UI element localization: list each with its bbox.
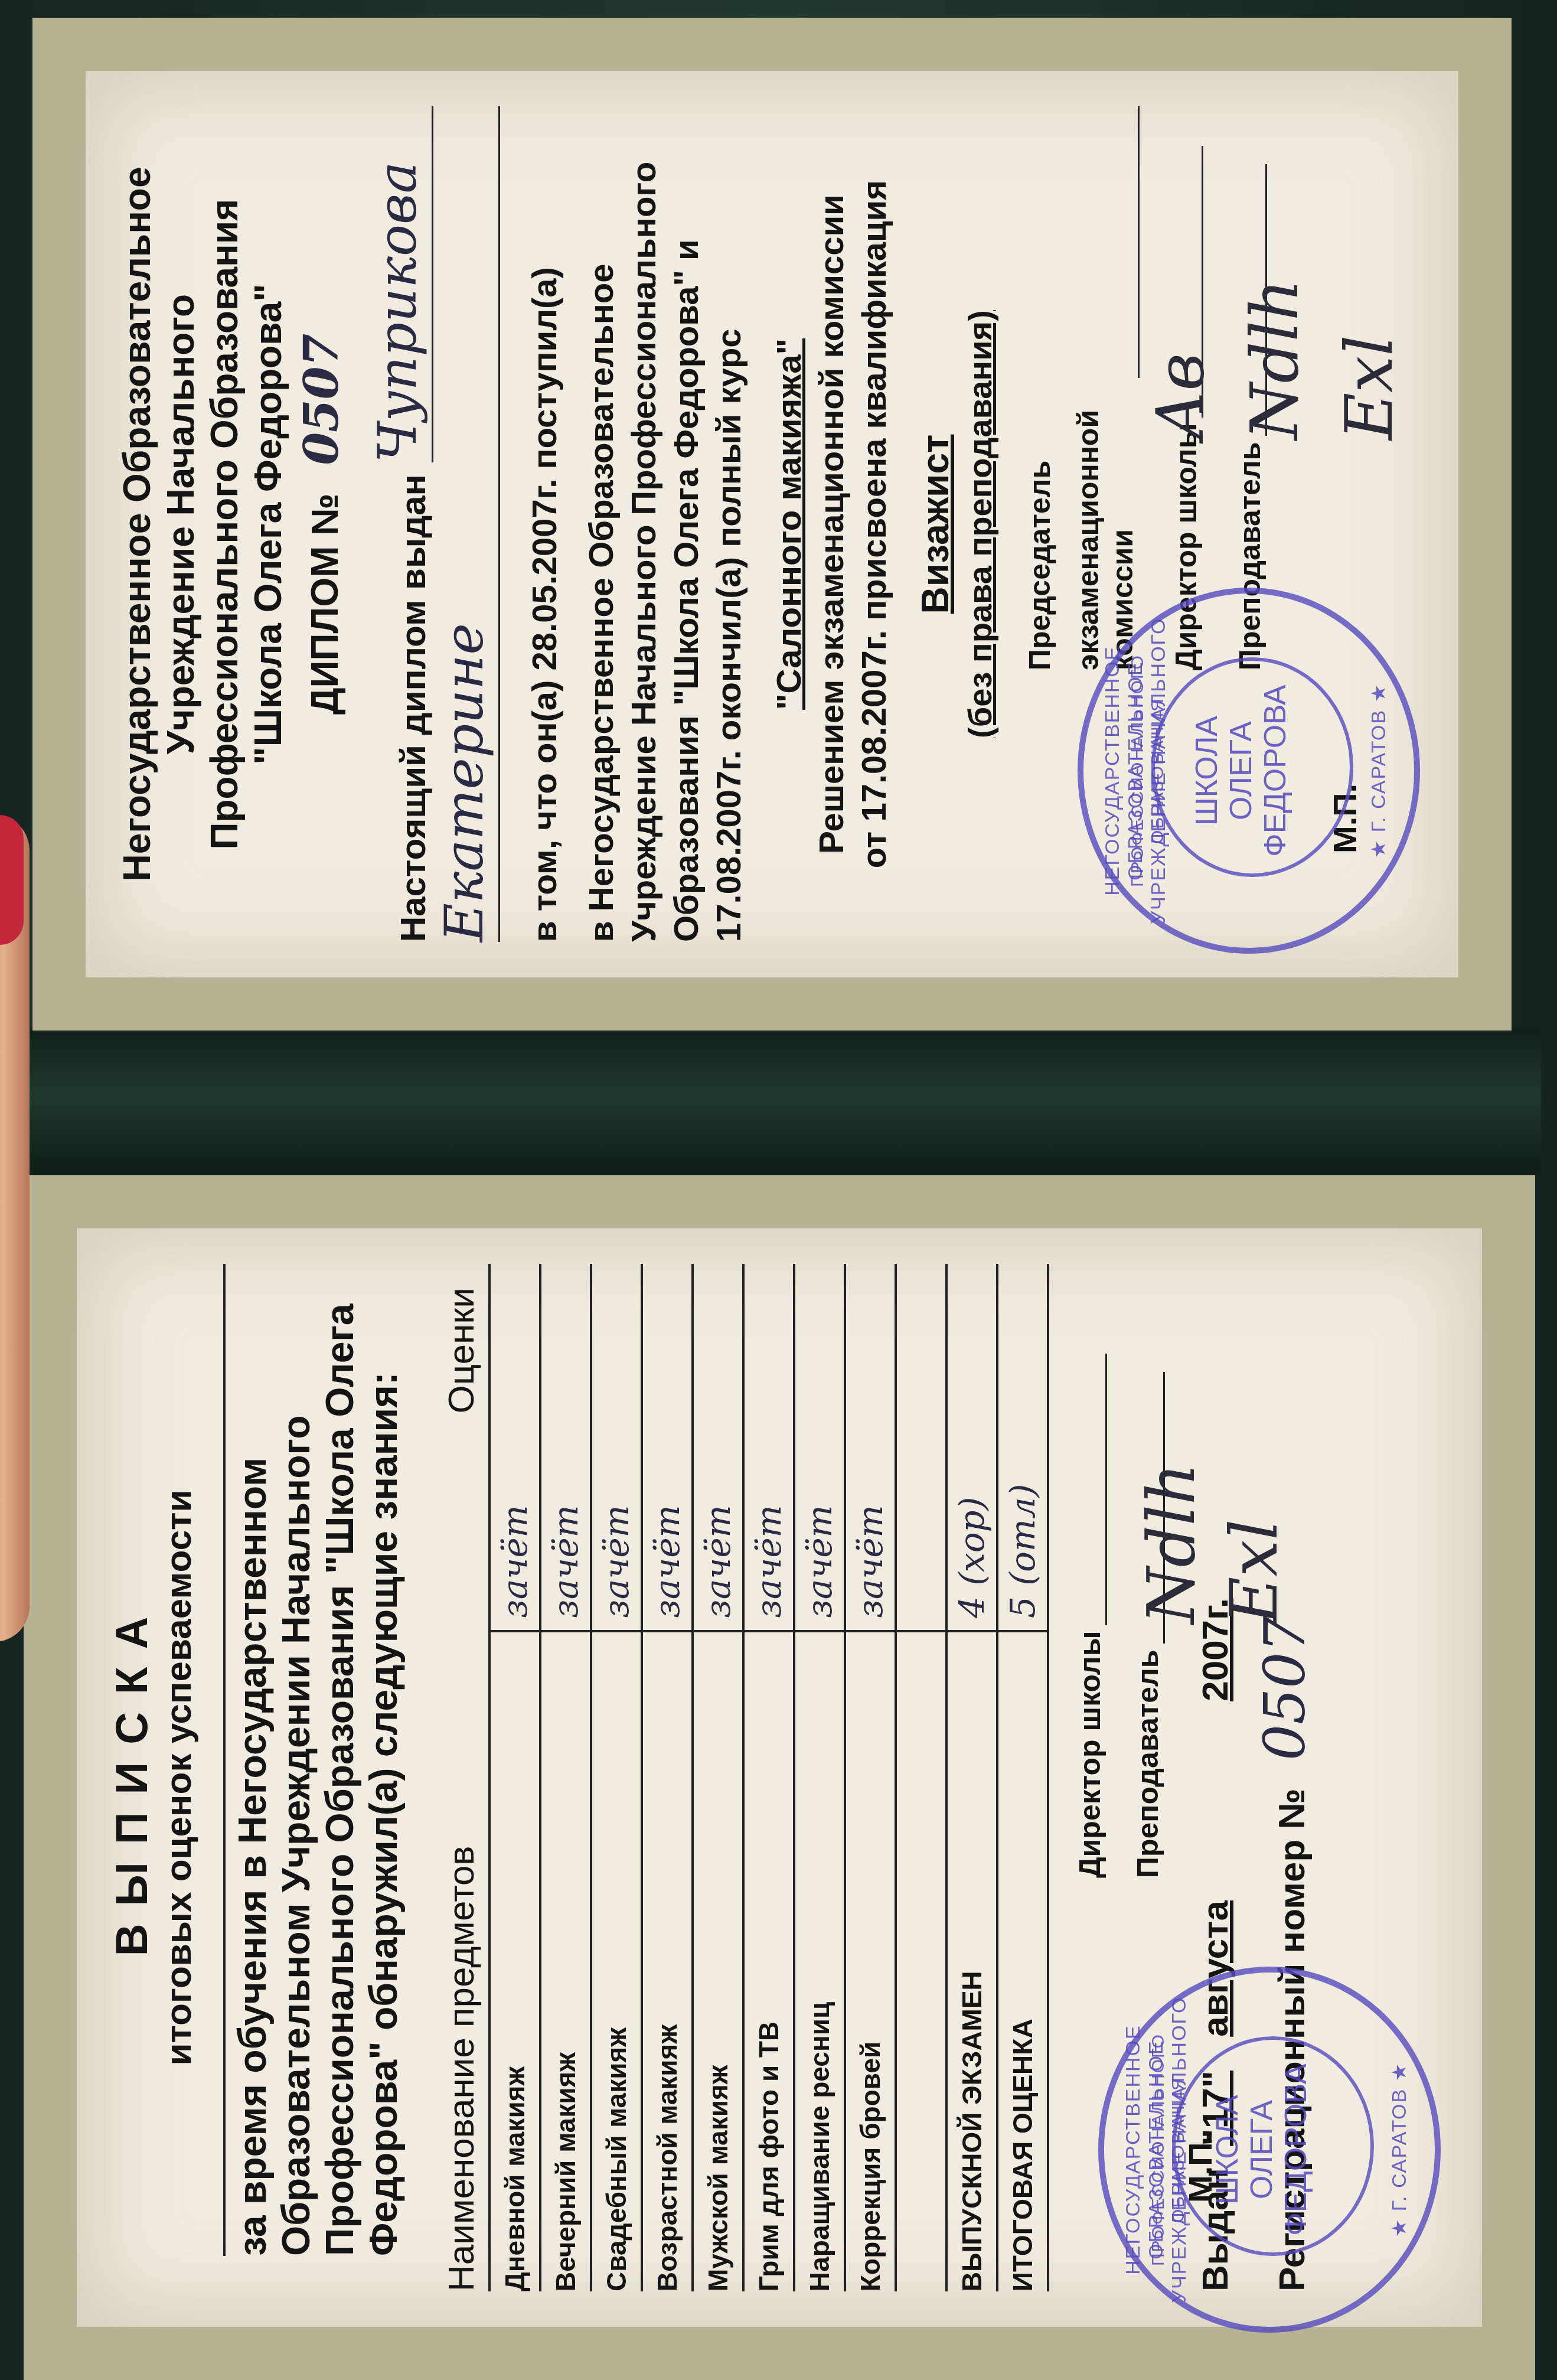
grade-value: зачёт [596, 1505, 636, 1618]
subject-cell: Дневной макияж [489, 1631, 540, 2291]
grade-cell: зачёт [794, 1264, 845, 1631]
grade-value: зачёт [546, 1505, 586, 1618]
transcript-title: ВЫПИСКА [106, 1264, 158, 2291]
grades-row: Коррекция бровейзачёт [845, 1264, 896, 2291]
grade-cell: зачёт [591, 1264, 642, 1631]
stamp-center-line: ШКОЛА [1210, 2061, 1245, 2238]
signature-line [1076, 1354, 1107, 1625]
teacher-signature: Exl [1331, 335, 1407, 440]
director-label: Директор школы [1073, 1631, 1107, 1878]
grade-column-header: Оценки [435, 1264, 489, 1631]
transcript-body: за время обучения в Негосударственном Об… [223, 1264, 405, 2256]
diploma-number: 0507 [293, 334, 349, 465]
stamp-center: ШКОЛА ОЛЕГА ФЕДОРОВА [1210, 2061, 1313, 2238]
grade-value: зачёт [749, 1505, 789, 1618]
body-line: 17.08.2007г. окончил(а) полный курс [708, 106, 750, 942]
subject-cell: ИТОГОВАЯ ОЦЕНКА [997, 1631, 1048, 2291]
body-line: Учреждение Начального Профессионального [623, 106, 665, 942]
transcript-director-row: Директор школы [1073, 1264, 1107, 1878]
subject-cell: Возрастной макияж [642, 1631, 693, 2291]
grade-cell: зачёт [540, 1264, 591, 1631]
grades-row: Мужской макияжзачёт [693, 1264, 743, 2291]
subject-cell: Вечерний макияж [540, 1631, 591, 2291]
grade-cell: зачёт [743, 1264, 794, 1631]
grades-row: Вечерний макияжзачёт [540, 1264, 591, 2291]
grade-cell: зачёт [693, 1264, 743, 1631]
subject-cell: Грим для фото и ТВ [743, 1631, 794, 2291]
grade-cell: зачёт [845, 1264, 896, 1631]
decision-text: Решением экзаменационной комиссии [811, 106, 853, 942]
diploma-page: Негосударственное Образовательное Учрежд… [32, 18, 1512, 1031]
stamp-center-line: ФЕДОРОВА [1258, 682, 1292, 859]
stamp-center-line: ОЛЕГА [1224, 682, 1258, 859]
grade-value: зачёт [698, 1505, 738, 1618]
diploma-body: в том, что он(а) 28.05.2007г. поступил(а… [524, 106, 896, 942]
grades-header-row: Наименование предметов Оценки [435, 1264, 489, 2291]
chair-label: Председатель [1023, 461, 1057, 670]
grade-value: зачёт [850, 1505, 890, 1618]
teacher-label: Преподаватель [1131, 1649, 1165, 1878]
school-stamp: НЕГОСУДАРСТВЕННОЕ ОБРАЗОВАТЕЛЬНОЕ УЧРЕЖД… [1078, 588, 1420, 954]
grades-row: Свадебный макияжзачёт [591, 1264, 642, 2291]
director-signature: Ndlh [1237, 279, 1313, 440]
qualification: Визажист [913, 106, 957, 942]
grades-row: Грим для фото и ТВзачёт [743, 1264, 794, 2291]
diploma-label: ДИПЛОМ № [303, 493, 346, 715]
body-line: Образования "Школа Олега Федорова" и [665, 106, 708, 942]
decision-date: от 17.08.2007г. присвоена квалификация [853, 106, 896, 942]
body-line: в том, что он(а) 28.05.2007г. поступил(а… [524, 106, 566, 942]
chair-signature-row-2: экзаменационной комиссии [1071, 106, 1140, 670]
transcript-subtitle: итоговых оценок успеваемости [158, 1264, 200, 2291]
body-line: в Негосударственное Образовательное [580, 106, 623, 942]
grades-row: ИТОГОВАЯ ОЦЕНКА5 (отл) [997, 1264, 1048, 2291]
recipient-surname: Чуприкова [367, 106, 433, 462]
diploma-number-row: ДИПЛОМ № 0507 [293, 106, 349, 942]
org-line: Учреждение Начального [159, 106, 203, 942]
org-line: Профессионального Образования [203, 106, 246, 942]
org-line: "Школа Олега Федорова" [246, 106, 290, 942]
subject-column-header: Наименование предметов [435, 1631, 489, 2291]
issued-to-label: Настоящий диплом выдан [393, 474, 433, 942]
stamp-center-line: ШКОЛА [1190, 682, 1224, 859]
chair-signature: Ав [1143, 353, 1218, 440]
subject-cell: Мужской макияж [693, 1631, 743, 2291]
stamp-ring-bottom: ★ Г. САРАТОВ ★ [1388, 1996, 1411, 2303]
grade-cell [896, 1264, 946, 1631]
transcript-page: ВЫПИСКА итоговых оценок успеваемости за … [24, 1175, 1535, 2380]
grades-row: Возрастной макияжзачёт [642, 1264, 693, 2291]
diploma-page-slot: Негосударственное Образовательное Учрежд… [32, 18, 1512, 1031]
grade-cell: 5 (отл) [997, 1264, 1048, 1631]
grade-value: 4 (хор) [952, 1497, 992, 1618]
subject-cell: Коррекция бровей [845, 1631, 896, 2291]
grades-row [896, 1264, 946, 2291]
fingernail [0, 815, 24, 945]
school-stamp: НЕГОСУДАРСТВЕННОЕ ОБРАЗОВАТЕЛЬНОЕ УЧРЕЖД… [1098, 1967, 1441, 2333]
binder-spine [18, 1028, 1541, 1175]
stamp-center-line: ФЕДОРОВА [1279, 2061, 1313, 2238]
qualification-note: (без права преподавания) [961, 106, 999, 942]
recipient-name: Екатерине [433, 106, 500, 942]
subject-cell: Наращивание ресниц [794, 1631, 845, 2291]
registration-number: 0507 [1252, 1616, 1318, 1760]
stamp-center: ШКОЛА ОЛЕГА ФЕДОРОВА [1190, 682, 1292, 859]
grade-value: 5 (отл) [1003, 1484, 1043, 1618]
grade-value: зачёт [799, 1505, 840, 1618]
grades-row: ВЫПУСКНОЙ ЭКЗАМЕН4 (хор) [946, 1264, 997, 2291]
signature-line [1108, 106, 1140, 378]
stamp-ring-inner: ПРОФЕССИОНАЛЬНОГО ОБРАЗОВАНИЯ [1128, 617, 1168, 924]
grades-row: Дневной макияжзачёт [489, 1264, 540, 2291]
grade-cell: зачёт [489, 1264, 540, 1631]
grades-table: Наименование предметов Оценки Дневной ма… [435, 1264, 1049, 2291]
teacher-signature: Exl [1216, 1519, 1292, 1624]
grade-cell: зачёт [642, 1264, 693, 1631]
org-line: Негосударственное Образовательное [115, 106, 159, 942]
subject-cell: ВЫПУСКНОЙ ЭКЗАМЕН [946, 1631, 997, 2291]
grade-cell: 4 (хор) [946, 1264, 997, 1631]
subject-cell [896, 1631, 946, 2291]
grade-value: зачёт [495, 1505, 535, 1618]
stamp-ring-bottom: ★ Г. САРАТОВ ★ [1367, 617, 1390, 924]
course-name: "Салонного макияжа" [768, 106, 811, 942]
stamp-ring-inner: ПРОФЕССИОНАЛЬНОГО ОБРАЗОВАНИЯ [1148, 1996, 1189, 2303]
chair-signature-row: Председатель [1023, 106, 1057, 670]
stamp-center-line: ОЛЕГА [1245, 2061, 1279, 2238]
org-name: Негосударственное Образовательное Учрежд… [115, 106, 290, 942]
director-signature: Ndlh [1134, 1463, 1209, 1624]
transcript-page-slot: ВЫПИСКА итоговых оценок успеваемости за … [24, 1175, 1535, 2380]
subject-cell: Свадебный макияж [591, 1631, 642, 2291]
grades-row: Наращивание ресницзачёт [794, 1264, 845, 2291]
grade-value: зачёт [647, 1505, 687, 1618]
